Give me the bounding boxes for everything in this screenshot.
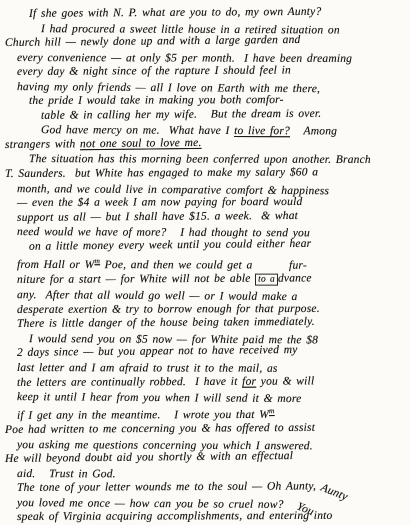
text-segment: — even the $4 a week I am now paying for… <box>17 196 302 209</box>
bracketed-insertion: to a <box>255 273 278 285</box>
manuscript-line: the letters are continually robbed. I ha… <box>4 373 407 390</box>
manuscript-line: every day & night since of the rapture I… <box>4 63 407 80</box>
manuscript-line: Church hill — newly done up and with a l… <box>4 32 407 51</box>
text-segment: 2 days since — but you appear not to hav… <box>17 344 298 359</box>
text-segment: Poe had written to me concerning you & h… <box>5 422 315 436</box>
text-segment: you & will <box>256 375 314 387</box>
text-segment: Poe, and then we could get a fur- <box>100 259 307 272</box>
text-segment: the pride I would take in making you bot… <box>29 94 284 107</box>
text-segment: The tone of your letter wounds me to the… <box>17 480 321 494</box>
text-segment: support us all — but I shall have $15. a… <box>17 210 298 224</box>
manuscript-line: speak of Virginia acquiring accomplishme… <box>4 509 407 525</box>
text-segment: the letters are continually robbed. I ha… <box>17 375 242 388</box>
text-segment: aid. Trust in God. <box>17 468 116 480</box>
text-segment: Church hill — newly done up and with a l… <box>5 34 301 49</box>
text-segment: last letter and I am afraid to trust it … <box>17 362 278 375</box>
manuscript-line: strangers with not one soul to love me. <box>4 134 407 153</box>
text-segment: from Hall or W <box>17 259 95 271</box>
manuscript-line: There is little danger of the house bein… <box>4 314 407 331</box>
letter-page: If she goes with N. P. what are you to d… <box>0 0 410 525</box>
text-segment: niture for a start — for White will not … <box>17 272 255 285</box>
manuscript-line: 2 days since — but you appear not to hav… <box>4 342 407 361</box>
text-segment: every day & night since of the rapture I… <box>17 65 291 78</box>
text-segment: desperate exertion & try to borrow enoug… <box>17 303 320 316</box>
text-segment: dvance <box>278 272 312 284</box>
text-segment: speak of Virginia acquiring accomplishme… <box>17 510 333 523</box>
manuscript-line: support us all — but I shall have $15. a… <box>4 208 407 225</box>
manuscript-line: He will beyond doubt aid you shortly & w… <box>4 448 407 467</box>
text-segment: table & in calling her my wife. But the … <box>41 108 321 122</box>
text-segment: He will beyond doubt aid you shortly & w… <box>5 450 293 465</box>
text-segment: if I get any in the meantime. I wrote yo… <box>17 408 269 421</box>
superscript-abbreviation: m <box>269 406 275 415</box>
manuscript-line: T. Saunders. but White has engaged to ma… <box>4 165 407 182</box>
text-segment: If she goes with N. P. what are you to d… <box>29 6 321 20</box>
manuscript-line: niture for a start — for White will not … <box>4 271 407 289</box>
manuscript-line: Poe had written to me concerning you & h… <box>4 420 407 437</box>
manuscript-line: table & in calling her my wife. But the … <box>4 106 407 123</box>
text-segment: T. Saunders. but White has engaged to ma… <box>5 166 318 180</box>
manuscript-line: The tone of your letter wounds me to the… <box>4 479 407 496</box>
text-segment: on a little money every week until you c… <box>29 238 311 253</box>
text-segment: keep it until I hear from you when I wil… <box>17 391 301 405</box>
underlined-phrase: for <box>242 375 256 387</box>
manuscript-line: If she goes with N. P. what are you to d… <box>4 4 407 21</box>
text-segment: strangers with <box>5 138 80 151</box>
underlined-phrase: not one soul to love me. <box>80 137 202 150</box>
text-segment: There is little danger of the house bein… <box>17 316 315 330</box>
